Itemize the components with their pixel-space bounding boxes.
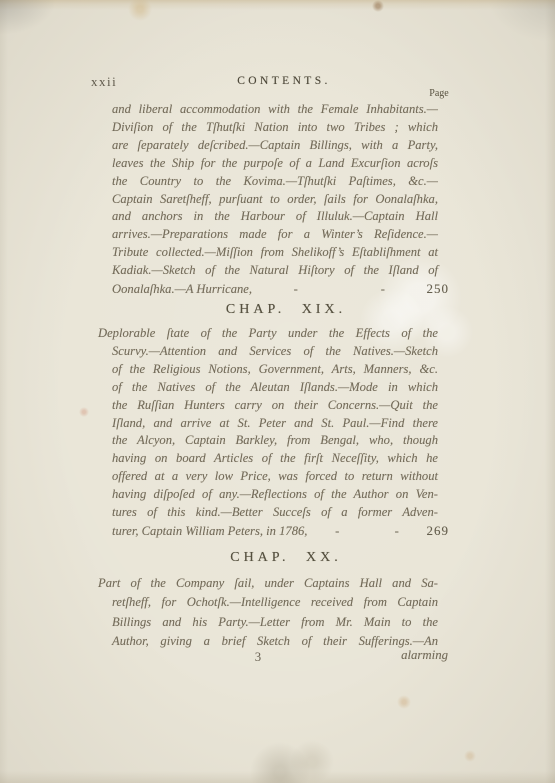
page-column-label: Page — [426, 88, 452, 99]
toc-line: tures of this kind.—Better Succeſs of a … — [98, 504, 438, 522]
toc-line: of the Natives of the Aleutan Iſlands.—M… — [98, 379, 438, 397]
toc-line: Tribute collected.—Miſſion from Shelikof… — [98, 244, 438, 262]
toc-line: retſheff, for Ochotſk.—Intelligence rece… — [98, 593, 438, 612]
chapter-heading-xix: CHAP. XIX. — [98, 302, 456, 318]
toc-line: of the Religious Notions, Government, Ar… — [98, 361, 438, 379]
toc-line: having diſpoſed of any.—Reflections of t… — [98, 486, 438, 504]
toc-line: Deplorable ſtate of the Party under the … — [98, 325, 438, 343]
catchword: alarming — [401, 648, 448, 663]
toc-line: and liberal accommodation with the Femal… — [98, 101, 438, 119]
toc-entry-continuation: and liberal accommodation with the Femal… — [98, 101, 438, 299]
toc-line: Kadiak.—Sketch of the Natural Hiſtory of… — [98, 262, 438, 280]
page-footer: 3 alarming — [98, 650, 448, 670]
toc-line: Iſland, and arrive at St. Peter and St. … — [98, 415, 438, 433]
toc-entry-pageline: turer, Captain William Peters, in 1786, … — [98, 522, 449, 541]
book-page-scan: xxii CONTENTS. Page and liberal accommod… — [0, 0, 555, 783]
toc-line: and anchors in the Harbour of Illuluk.—C… — [98, 208, 438, 226]
toc-line: turer, Captain William Peters, in 1786, — [112, 523, 307, 541]
toc-line: Scurvy.—Attention and Services of the Na… — [98, 343, 438, 361]
toc-line: leaves the Ship for the purpoſe of a Lan… — [98, 155, 438, 173]
leader-dash: - — [307, 523, 367, 541]
leader-dash: - — [367, 523, 427, 541]
toc-line: having on board Articles of the firſt Ne… — [98, 450, 438, 468]
toc-line: the Alcyon, Captain Barkley, from Bengal… — [98, 432, 438, 450]
toc-line: the Country to the Kovima.—Tſhutſki Paſt… — [98, 173, 438, 191]
chapter-heading-xx: CHAP. XX. — [98, 550, 456, 566]
toc-line: offered at a very low Price, was forced … — [98, 468, 438, 486]
toc-line: Captain Saretſheff, purſuant to order, ſ… — [98, 191, 438, 209]
toc-entry-pageline: Oonalaſhka.—A Hurricane, - - 250 — [98, 280, 449, 299]
leader-dash: - — [252, 281, 339, 299]
signature-mark: 3 — [98, 650, 418, 665]
toc-entry-chap-xix: Deplorable ſtate of the Party under the … — [98, 325, 438, 541]
toc-line: arrives.—Preparations made for a Winter’… — [98, 226, 438, 244]
toc-line: Oonalaſhka.—A Hurricane, — [112, 281, 252, 299]
toc-line: the Ruſſian Hunters carry on their Conce… — [98, 397, 438, 415]
toc-line: Billings and his Party.—Letter from Mr. … — [98, 613, 438, 632]
toc-line: Diviſion of the Tſhutſki Nation into two… — [98, 119, 438, 137]
toc-line: are ſeparately deſcribed.—Captain Billin… — [98, 137, 438, 155]
page-number: 250 — [427, 280, 450, 298]
leader-dash: - — [339, 281, 426, 299]
page-number: 269 — [427, 522, 450, 540]
toc-entry-chap-xx: Part of the Company ſail, under Captains… — [98, 574, 438, 651]
toc-line: Author, giving a brief Sketch of their S… — [98, 632, 438, 651]
toc-line: Part of the Company ſail, under Captains… — [98, 574, 438, 593]
contents-title: CONTENTS. — [98, 75, 454, 87]
